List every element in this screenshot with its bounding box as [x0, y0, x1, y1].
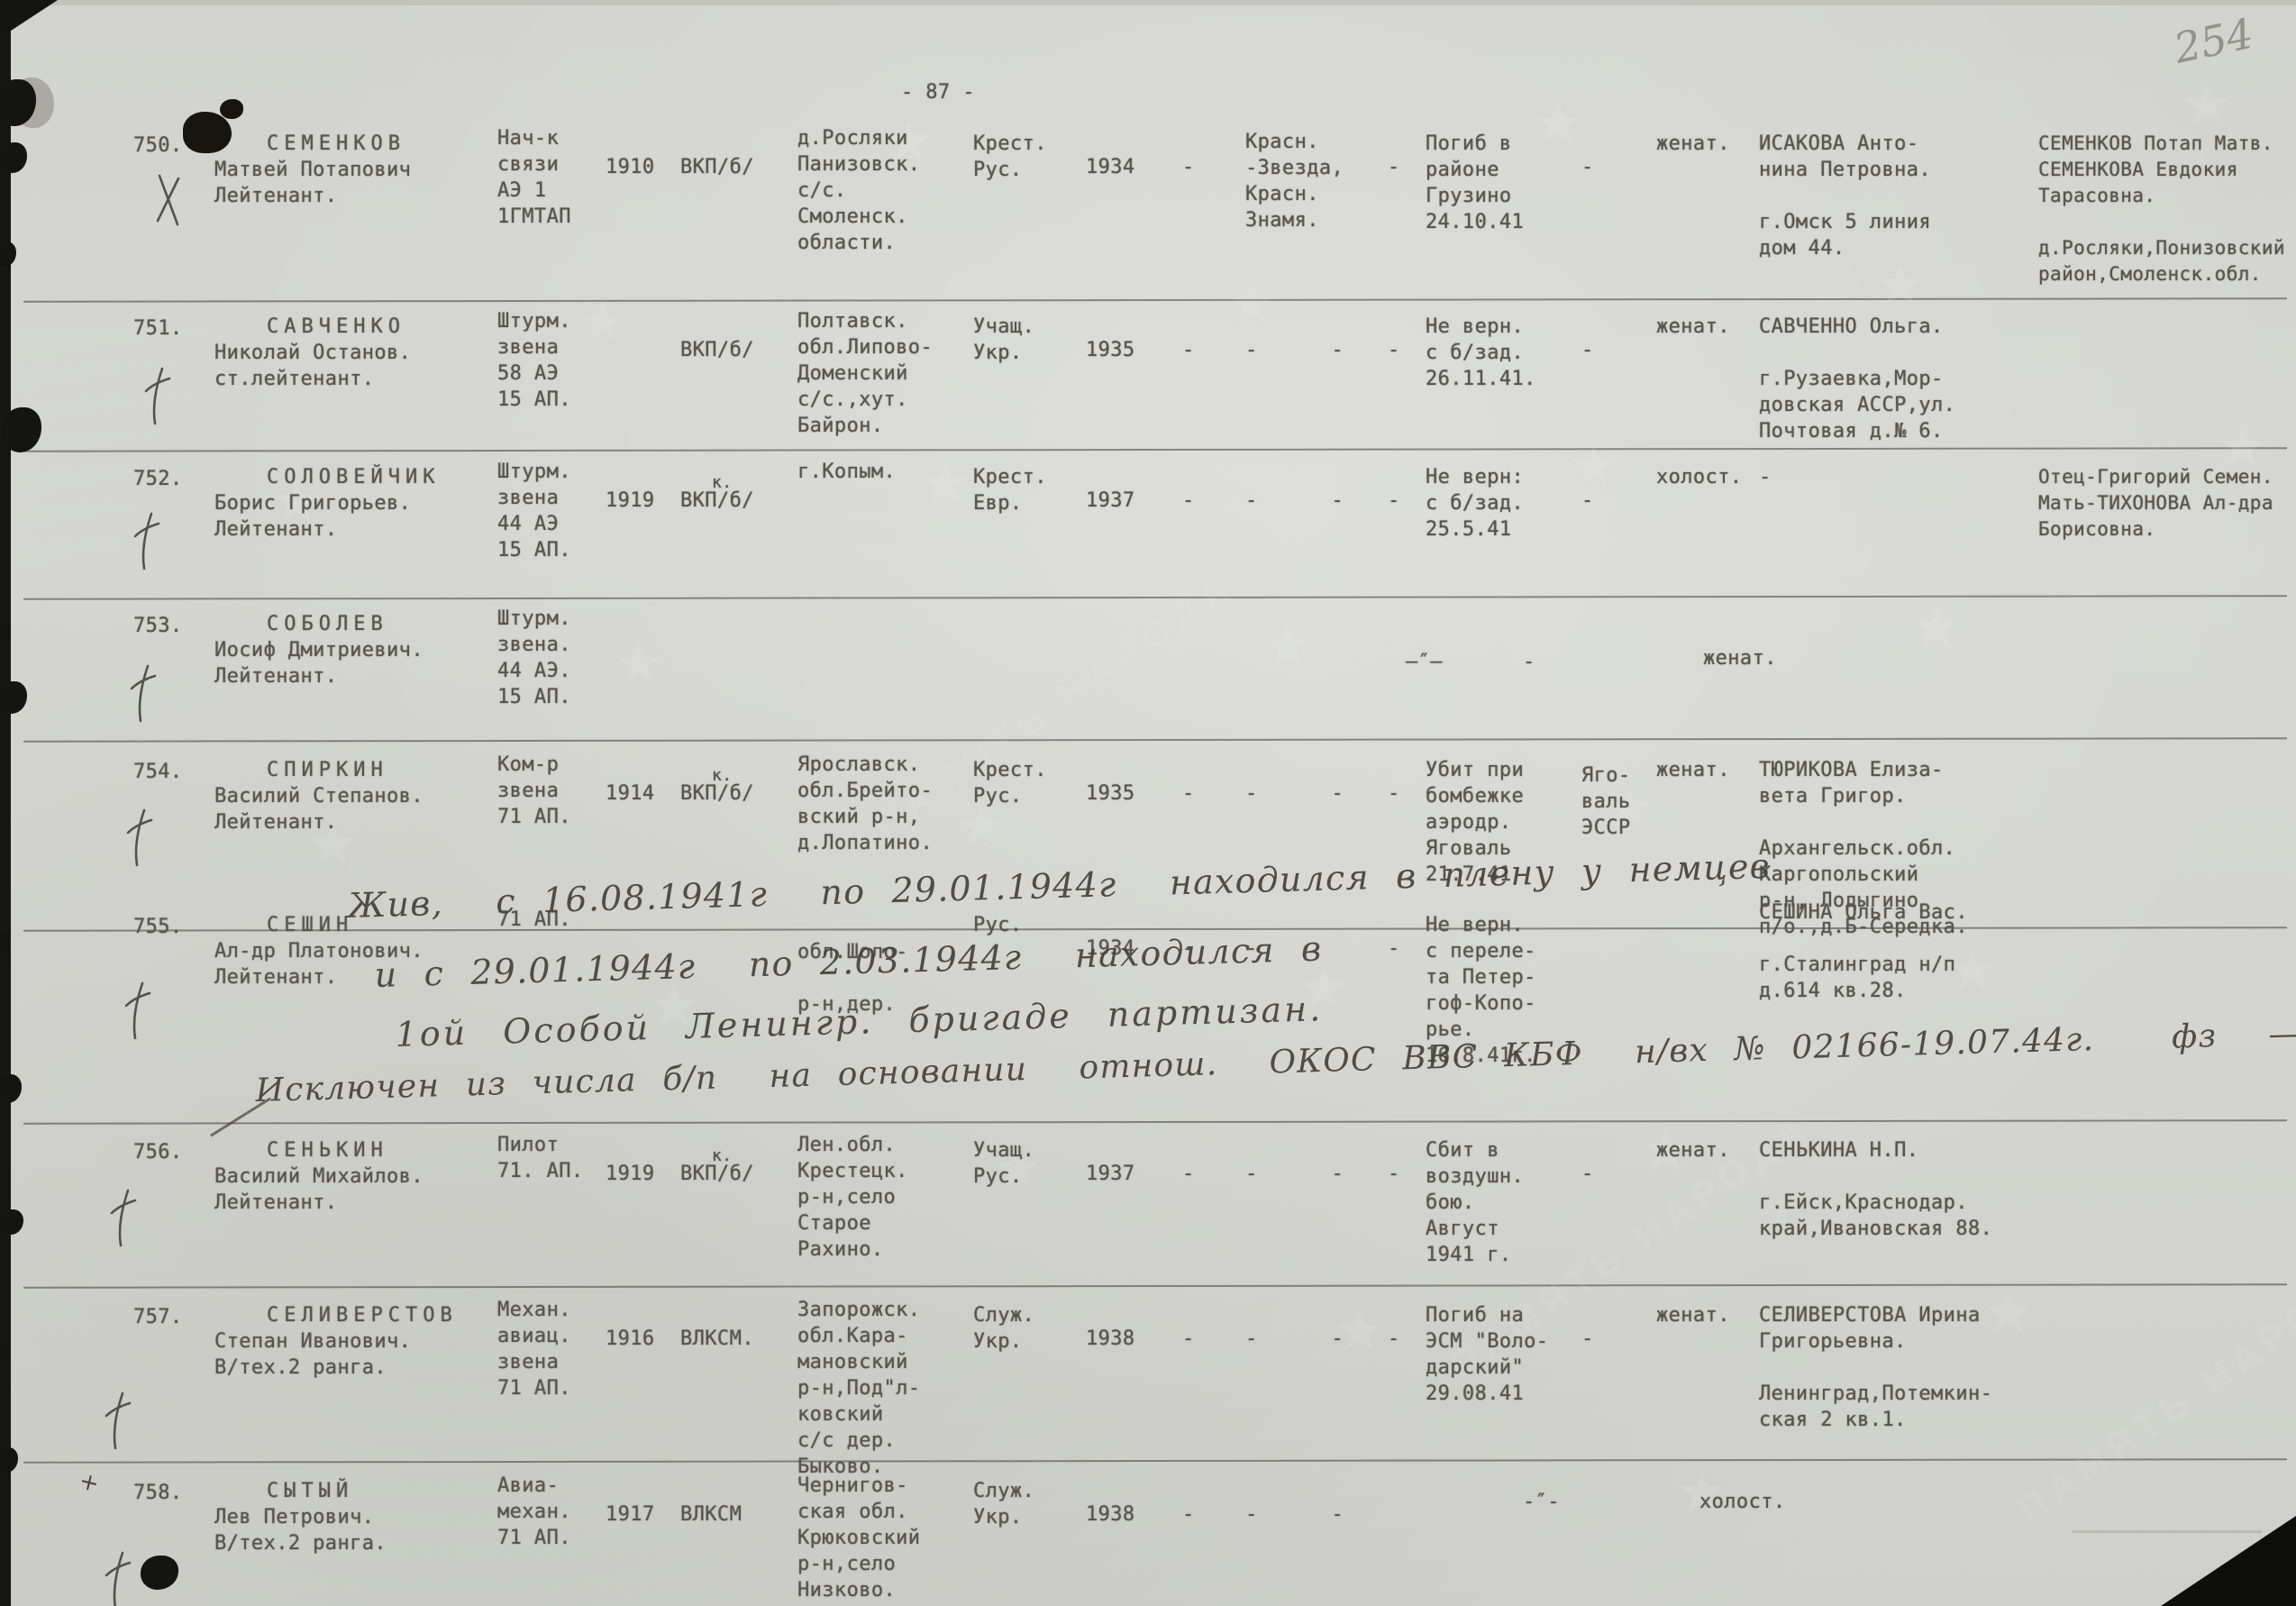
record-row: 758. СЫТЫЙ Лев Петрович. В/тех.2 ранга. … [0, 1478, 2296, 1606]
surname: СЕНЬКИН [267, 1137, 388, 1163]
family-contact: САВЧЕННО Ольга. г.Рузаевка,Мор- довская … [1759, 314, 1955, 444]
awards: - - [1245, 1501, 1344, 1528]
record-number: 751. [133, 315, 183, 342]
handwritten-check-mark [103, 1550, 133, 1606]
scanned-document-page: - 87 - 254 ★★★★★★★★★★★★★★★★★★★★★★★★ПАМЯТ… [0, 0, 2296, 1606]
marital-status: женат. [1656, 757, 1730, 783]
fate: -″- [1523, 1489, 1560, 1515]
record-number: 750. [133, 132, 183, 159]
fate: —″— [1406, 649, 1443, 675]
position-and-unit: Штурм. звена 44 АЭ 15 АП. [497, 459, 571, 563]
birthplace: д.Росляки Панизовск. с/с. Смоленск. обла… [797, 125, 920, 256]
awards: - - [1245, 780, 1344, 807]
surname: СЕШИН [267, 912, 353, 938]
social-origin-and-nationality: Служ. Укр. [973, 1478, 1034, 1530]
record-row: 752. СОЛОВЕЙЧИК Борис Григорьев. Лейтена… [0, 464, 2296, 613]
awards: - - [1245, 1326, 1344, 1352]
dash-placeholder: - [1182, 1326, 1195, 1352]
surname: СОЛОВЕЙЧИК [267, 464, 440, 490]
birthplace: г.Копым. [797, 459, 896, 485]
record-number: 755. [133, 914, 183, 940]
birth-year: 1910 [606, 154, 655, 180]
fate: Сбит в воздушн. бою. Август 1941 г. [1426, 1137, 1524, 1268]
given-name-and-rank: Николай Останов. ст.лейтенант. [214, 340, 411, 392]
party-membership: ВКП/б/ [680, 488, 754, 514]
dash-placeholder: - [1182, 488, 1195, 514]
given-name-and-rank: Иосиф Дмитриевич. Лейтенант. [214, 637, 424, 689]
service-entry-year: 1937 [1086, 1161, 1135, 1187]
party-membership: ВКП/б/ [680, 1161, 754, 1187]
family-contact: СЕНЬКИНА Н.П. г.Ейск,Краснодар. край,Ива… [1759, 1137, 1992, 1242]
party-membership: ВКП/б/ [680, 780, 754, 807]
watermark-star-icon: ★ [2181, 72, 2232, 139]
fate: Погиб в районе Грузино 24.10.41 [1426, 131, 1524, 235]
position-and-unit: Штурм. звена. 44 АЭ. 15 АП. [497, 606, 571, 710]
dash-placeholder: - [1182, 1501, 1195, 1528]
record-number: 757. [133, 1304, 183, 1330]
dash-placeholder: - [1388, 488, 1400, 514]
dash-placeholder: - [1388, 780, 1400, 807]
service-entry-year: 1934 [1086, 154, 1135, 180]
record-row: 751. САВЧЕНКО Николай Останов. ст.лейтен… [0, 314, 2296, 465]
given-name-and-rank: Матвей Потапович Лейтенант. [214, 157, 411, 209]
birthplace: Ярославск. обл.Брейто- вский р-н, д.Лопа… [797, 752, 933, 856]
service-entry-year: 1935 [1086, 780, 1135, 807]
relatives: СЕМЕНКОВ Потап Матв. СЕМЕНКОВА Евдокия Т… [2038, 131, 2285, 287]
record-row: 750. СЕМЕНКОВ Матвей Потапович Лейтенант… [0, 131, 2296, 302]
record-number: 756. [133, 1139, 183, 1165]
page-corner-mark [0, 0, 58, 38]
family-contact: СЕШИНА Ольга Вас. г.Сталинград н/п д.614… [1759, 899, 1968, 1004]
service-entry-year: 1935 [1086, 337, 1135, 363]
position-and-unit: Штурм. звена 58 АЭ 15 АП. [497, 308, 571, 413]
fate: Погиб на ЭСМ "Воло- дарский" 29.08.41 [1426, 1302, 1548, 1407]
surname: САВЧЕНКО [267, 314, 405, 340]
marital-status: женат. [1656, 1137, 1730, 1163]
handwritten-check-mark [108, 1188, 139, 1251]
birthplace: Чернигов- ская обл. Крюковский р-н,село … [797, 1473, 920, 1603]
fate-place: - [1581, 488, 1594, 514]
service-entry-year: 1937 [1086, 488, 1135, 514]
awards: - - [1245, 488, 1344, 514]
social-origin-and-nationality: Рус. [973, 912, 1023, 938]
birth-year: 1914 [606, 780, 655, 807]
awards: Красн. -Звезда, Красн. Знамя. [1245, 129, 1344, 233]
family-contact: - [1759, 464, 1772, 490]
birth-year: 1919 [606, 488, 655, 514]
birthplace: Запорожск. обл.Кара- мановский р-н,Под"л… [797, 1297, 920, 1480]
birth-year: 1916 [606, 1326, 655, 1352]
service-entry-year: 1938 [1086, 1326, 1135, 1352]
record-number: 752. [133, 466, 183, 492]
record-row: 756. СЕНЬКИН Василий Михайлов. Лейтенант… [0, 1137, 2296, 1301]
surname: СОБОЛЕВ [267, 611, 388, 637]
fate-place: - [1581, 337, 1594, 363]
dash-placeholder: - [1388, 1161, 1400, 1187]
given-name-and-rank: Степан Иванович. В/тех.2 ранга. [214, 1328, 411, 1381]
dash-placeholder: - [1182, 780, 1195, 807]
handwritten-check-mark [103, 1391, 133, 1454]
fate: Не верн. с б/зад. 26.11.41. [1426, 314, 1536, 392]
marital-status: холост. [1656, 464, 1743, 490]
handwritten-check-mark [128, 663, 159, 726]
dash-placeholder: - [1388, 154, 1400, 180]
handwritten-check-mark [124, 808, 155, 871]
dash-placeholder: - [1182, 1161, 1195, 1187]
birth-year: 1917 [606, 1501, 655, 1528]
fate-place: Яго- валь ЭССР [1581, 762, 1631, 841]
surname: СПИРКИН [267, 757, 388, 783]
handwritten-check-mark [153, 170, 184, 233]
handwritten-check-mark [132, 511, 162, 574]
marital-status: женат. [1656, 314, 1730, 340]
dash-placeholder: - [1182, 154, 1195, 180]
given-name-and-rank: Василий Степанов. Лейтенант. [214, 783, 424, 835]
position-and-unit: Механ. авиац. звена 71 АП. [497, 1297, 571, 1401]
fate-place: - [1581, 154, 1594, 180]
marital-status: женат. [1656, 131, 1730, 157]
marital-status: холост. [1699, 1489, 1786, 1515]
given-name-and-rank: Василий Михайлов. Лейтенант. [214, 1163, 424, 1216]
social-origin-and-nationality: Крест. Евр. [973, 464, 1047, 516]
family-contact: ИСАКОВА Анто- нина Петровна. г.Омск 5 ли… [1759, 131, 1931, 261]
service-entry-year: 1938 [1086, 1501, 1135, 1528]
birthplace: Полтавск. обл.Липово- Доменский с/с.,хут… [797, 308, 933, 439]
social-origin-and-nationality: Служ. Укр. [973, 1302, 1034, 1355]
scan-top-edge-shadow [0, 0, 2296, 5]
marital-status: женат. [1703, 645, 1777, 671]
marital-status: женат. [1656, 1302, 1730, 1328]
handwritten-check-mark [142, 366, 173, 429]
position-and-unit: Нач-к связи АЭ 1 1ГМТАП [497, 125, 571, 230]
party-membership: ВЛКСМ. [680, 1326, 754, 1352]
fate-place: - [1581, 1326, 1594, 1352]
birthplace: Лен.обл. Крестецк. р-н,село Старое Рахин… [797, 1132, 908, 1263]
family-contact: СЕЛИВЕРСТОВА Ирина Григорьевна. Ленингра… [1759, 1302, 1992, 1433]
awards: - - [1245, 337, 1344, 363]
handwritten-check-mark [123, 981, 153, 1044]
page-number-handwritten: 254 [2170, 9, 2257, 73]
surname: СЕМЕНКОВ [267, 131, 405, 157]
fate-place: - [1523, 649, 1535, 675]
party-membership: ВКП/б/ [680, 337, 754, 363]
party-membership: ВКП/б/ [680, 154, 754, 180]
party-membership: ВЛКСМ [680, 1501, 742, 1528]
surname: СЕЛИВЕРСТОВ [267, 1302, 458, 1328]
dash-placeholder: - [1388, 935, 1400, 962]
fate: Не верн: с б/зад. 25.5.41 [1426, 464, 1524, 543]
position-and-unit: Пилот 71. АП. [497, 1132, 584, 1184]
position-and-unit: Ком-р звена 71 АП. [497, 752, 571, 830]
fate-place: - [1581, 1161, 1594, 1187]
social-origin-and-nationality: Учащ. Укр. [973, 314, 1034, 366]
given-name-and-rank: Лев Петрович. В/тех.2 ранга. [214, 1504, 387, 1556]
relatives: Отец-Григорий Семен. Мать-ТИХОНОВА Ал-др… [2038, 464, 2273, 543]
ink-blot [220, 99, 243, 119]
social-origin-and-nationality: Крест. Рус. [973, 757, 1047, 809]
page-number-typed: - 87 - [901, 79, 975, 105]
record-number: 758. [133, 1480, 183, 1506]
record-number: 754. [133, 759, 183, 785]
dash-placeholder: - [1388, 337, 1400, 363]
given-name-and-rank: Борис Григорьев. Лейтенант. [214, 490, 411, 543]
awards: - - [1245, 1161, 1344, 1187]
dash-placeholder: - [1388, 1326, 1400, 1352]
birth-year: 1919 [606, 1161, 655, 1187]
social-origin-and-nationality: Учащ. Рус. [973, 1137, 1034, 1190]
dash-placeholder: - [1182, 337, 1195, 363]
social-origin-and-nationality: Крест. Рус. [973, 131, 1047, 183]
record-number: 753. [133, 613, 183, 639]
position-and-unit: Авиа- механ. 71 АП. [497, 1473, 571, 1551]
record-row: 757. СЕЛИВЕРСТОВ Степан Иванович. В/тех.… [0, 1302, 2296, 1478]
surname: СЫТЫЙ [267, 1478, 353, 1504]
record-row: 753. СОБОЛЕВ Иосиф Дмитриевич. Лейтенант… [0, 611, 2296, 757]
